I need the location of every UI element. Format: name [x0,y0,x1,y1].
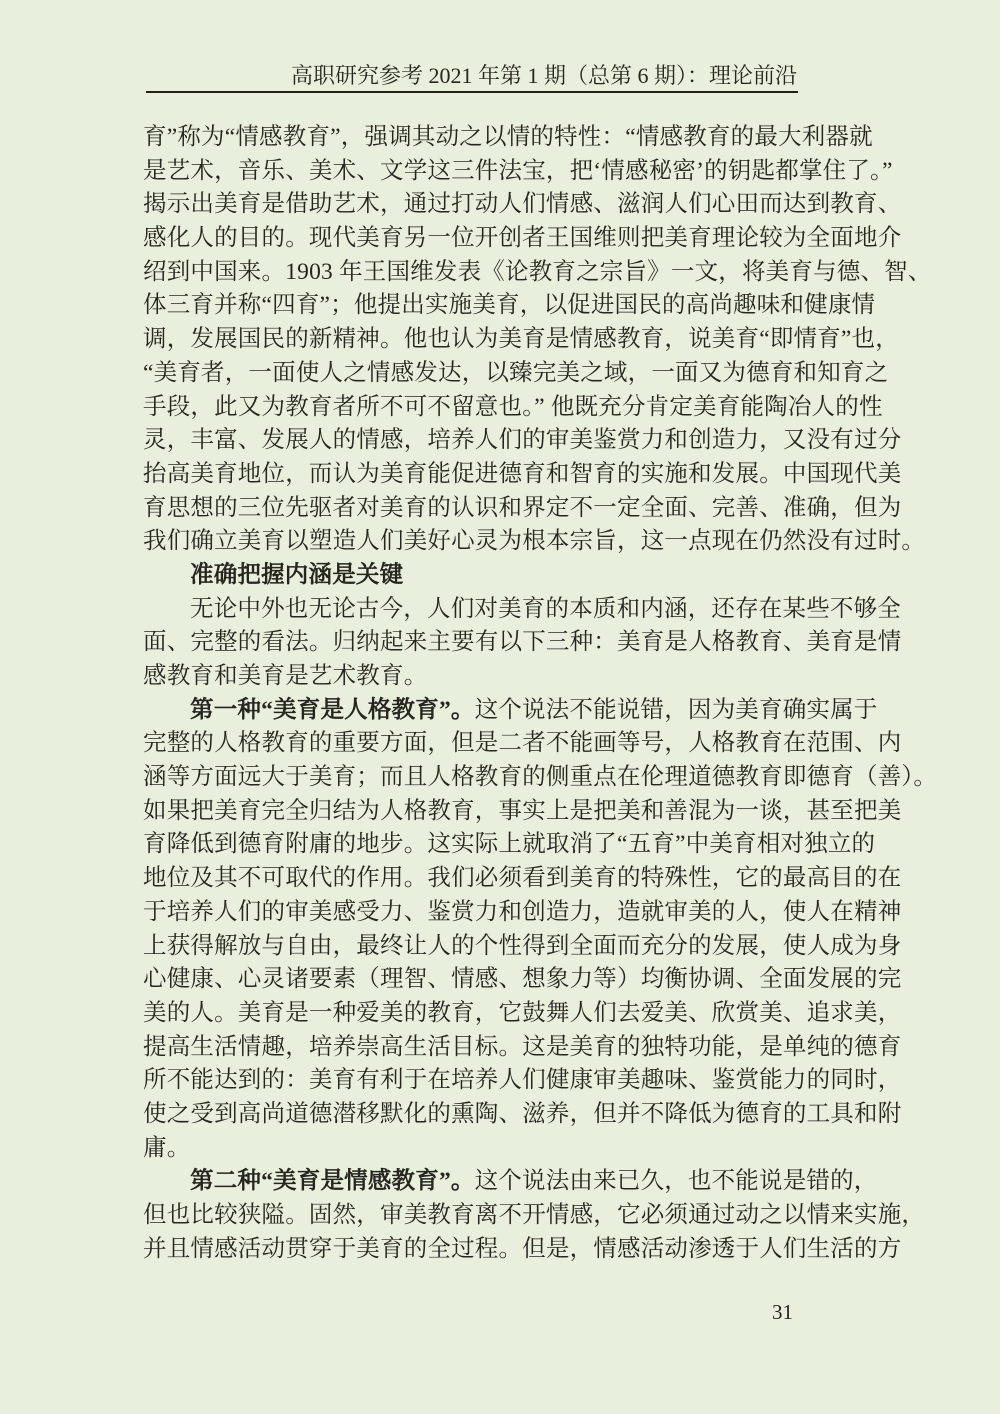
text-segment: 绍到中国来。1903 年王国维发表《论教育之宗旨》一文，将美育与德、智、 [143,259,932,285]
text-segment: 提高生活情趣，培养崇高生活目标。这是美育的独特功能，是单纯的德育 [143,1034,901,1060]
text-segment: 无论中外也无论古今，人们对美育的本质和内涵，还存在某些不够全 [190,596,901,622]
text-segment: 灵，丰富、发展人的情感，培养人们的审美鉴赏力和创造力，又没有过分 [143,427,901,453]
text-line: 面、完整的看法。归纳起来主要有以下三种：美育是人格教育、美育是情 [143,626,881,660]
text-segment: 所不能达到的：美育有利于在培养人们健康审美趣味、鉴赏能力的同时， [143,1067,901,1093]
text-segment: 但也比较狭隘。固然，审美教育离不开情感，它必须通过动之以情来实施， [143,1202,925,1228]
text-line: 完整的人格教育的重要方面，但是二者不能画等号，人格教育在范围、内 [143,727,881,761]
text-segment: 育降低到德育附庸的地步。这实际上就取消了“五育”中美育相对独立的 [143,831,875,857]
text-segment: 揭示出美育是借助艺术，通过打动人们情感、滋润人们心田而达到教育、 [143,191,901,217]
text-line: 涵等方面远大于美育；而且人格教育的侧重点在伦理道德教育即德育（善）。 [143,761,881,795]
text-line: 并且情感活动贯穿于美育的全过程。但是，情感活动渗透于人们生活的方 [143,1233,881,1267]
text-segment: 这个说法不能说错，因为美育确实属于 [475,697,878,723]
text-line: 地位及其不可取代的作用。我们必须看到美育的特殊性，它的最高目的在 [143,862,881,896]
journal-page: 高职研究参考 2021 年第 1 期（总第 6 期）：理论前沿 育”称为“情感教… [0,0,1000,1414]
text-line: 提高生活情趣，培养崇高生活目标。这是美育的独特功能，是单纯的德育 [143,1031,881,1065]
running-head: 高职研究参考 2021 年第 1 期（总第 6 期）：理论前沿 [145,62,797,90]
text-segment: 于培养人们的审美感受力、鉴赏力和创造力，造就审美的人，使人在精神 [143,899,901,925]
text-segment: 感教育和美育是艺术教育。 [143,663,427,689]
text-line: 第一种“美育是人格教育”。这个说法不能说错，因为美育确实属于 [143,694,881,728]
text-line: 美的人。美育是一种爱美的教育，它鼓舞人们去爱美、欣赏美、追求美， [143,997,881,1031]
text-segment: 庸。 [143,1135,190,1161]
header-rule [146,91,798,93]
text-line: 如果把美育完全归结为人格教育，事实上是把美和善混为一谈，甚至把美 [143,795,881,829]
text-segment: 面、完整的看法。归纳起来主要有以下三种：美育是人格教育、美育是情 [143,629,901,655]
text-segment: 涵等方面远大于美育；而且人格教育的侧重点在伦理道德教育即德育（善）。 [143,764,937,790]
text-segment: 美的人。美育是一种爱美的教育，它鼓舞人们去爱美、欣赏美、追求美， [143,1000,901,1026]
text-segment: 体三育并称“四育”；他提出实施美育，以促进国民的高尚趣味和健康情 [143,292,875,318]
body-text: 育”称为“情感教育”，强调其动之以情的特性：“情感教育的最大利器就是艺术，音乐、… [143,121,881,1266]
text-line: 第二种“美育是情感教育”。这个说法由来已久，也不能说是错的， [143,1165,881,1199]
bold-text-segment: 第二种“美育是情感教育”。 [190,1168,475,1194]
text-segment: 是艺术，音乐、美术、文学这三件法宝，把‘情感秘密’的钥匙都掌住了。” [143,158,893,184]
text-line: 灵，丰富、发展人的情感，培养人们的审美鉴赏力和创造力，又没有过分 [143,424,881,458]
text-line: 绍到中国来。1903 年王国维发表《论教育之宗旨》一文，将美育与德、智、 [143,256,881,290]
bold-text-segment: 第一种“美育是人格教育”。 [190,697,475,723]
text-segment: 我们确立美育以塑造人们美好心灵为根本宗旨，这一点现在仍然没有过时。 [143,528,925,554]
text-line: 心健康、心灵诸要素（理智、情感、想象力等）均衡协调、全面发展的完 [143,963,881,997]
text-line: 我们确立美育以塑造人们美好心灵为根本宗旨，这一点现在仍然没有过时。 [143,525,881,559]
text-line: 是艺术，音乐、美术、文学这三件法宝，把‘情感秘密’的钥匙都掌住了。” [143,155,881,189]
text-segment: 心健康、心灵诸要素（理智、情感、想象力等）均衡协调、全面发展的完 [143,966,901,992]
text-line: 调，发展国民的新精神。他也认为美育是情感教育，说美育“即情育”也， [143,323,881,357]
text-segment: 完整的人格教育的重要方面，但是二者不能画等号，人格教育在范围、内 [143,730,901,756]
text-segment: 这个说法由来已久，也不能说是错的， [475,1168,878,1194]
text-segment: 感化人的目的。现代美育另一位开创者王国维则把美育理论较为全面地介 [143,225,901,251]
text-line: 手段，此又为教育者所不可不留意也。” 他既充分肯定美育能陶冶人的性 [143,391,881,425]
text-line: 上获得解放与自由，最终让人的个性得到全面而充分的发展，使人成为身 [143,930,881,964]
text-segment: 上获得解放与自由，最终让人的个性得到全面而充分的发展，使人成为身 [143,933,901,959]
text-segment: 地位及其不可取代的作用。我们必须看到美育的特殊性，它的最高目的在 [143,865,901,891]
text-segment: 育”称为“情感教育”，强调其动之以情的特性：“情感教育的最大利器就 [143,124,873,150]
text-line: 无论中外也无论古今，人们对美育的本质和内涵，还存在某些不够全 [143,593,881,627]
text-segment: 育思想的三位先驱者对美育的认识和界定不一定全面、完善、准确，但为 [143,495,901,521]
text-segment: 如果把美育完全归结为人格教育，事实上是把美和善混为一谈，甚至把美 [143,798,901,824]
text-segment: 使之受到高尚道德潜移默化的熏陶、滋养，但并不降低为德育的工具和附 [143,1101,901,1127]
text-line: 使之受到高尚道德潜移默化的熏陶、滋养，但并不降低为德育的工具和附 [143,1098,881,1132]
text-line: 于培养人们的审美感受力、鉴赏力和创造力，造就审美的人，使人在精神 [143,896,881,930]
text-line: 育思想的三位先驱者对美育的认识和界定不一定全面、完善、准确，但为 [143,492,881,526]
page-number: 31 [772,1300,793,1325]
text-line: 所不能达到的：美育有利于在培养人们健康审美趣味、鉴赏能力的同时， [143,1064,881,1098]
text-line: 庸。 [143,1132,881,1166]
text-segment: 并且情感活动贯穿于美育的全过程。但是，情感活动渗透于人们生活的方 [143,1236,901,1262]
text-line: “美育者，一面使人之情感发达，以臻完美之域，一面又为德育和知育之 [143,357,881,391]
text-line: 但也比较狭隘。固然，审美教育离不开情感，它必须通过动之以情来实施， [143,1199,881,1233]
text-line: 准确把握内涵是关键 [143,559,881,593]
text-line: 体三育并称“四育”；他提出实施美育，以促进国民的高尚趣味和健康情 [143,289,881,323]
text-segment: 抬高美育地位，而认为美育能促进德育和智育的实施和发展。中国现代美 [143,461,901,487]
text-segment: 调，发展国民的新精神。他也认为美育是情感教育，说美育“即情育”也， [143,326,899,352]
text-line: 育”称为“情感教育”，强调其动之以情的特性：“情感教育的最大利器就 [143,121,881,155]
text-line: 感化人的目的。现代美育另一位开创者王国维则把美育理论较为全面地介 [143,222,881,256]
bold-text-segment: 准确把握内涵是关键 [190,562,403,588]
text-line: 感教育和美育是艺术教育。 [143,660,881,694]
text-segment: 手段，此又为教育者所不可不留意也。” 他既充分肯定美育能陶冶人的性 [143,394,883,420]
text-line: 抬高美育地位，而认为美育能促进德育和智育的实施和发展。中国现代美 [143,458,881,492]
text-segment: “美育者，一面使人之情感发达，以臻完美之域，一面又为德育和知育之 [143,360,888,386]
text-line: 育降低到德育附庸的地步。这实际上就取消了“五育”中美育相对独立的 [143,828,881,862]
text-line: 揭示出美育是借助艺术，通过打动人们情感、滋润人们心田而达到教育、 [143,188,881,222]
